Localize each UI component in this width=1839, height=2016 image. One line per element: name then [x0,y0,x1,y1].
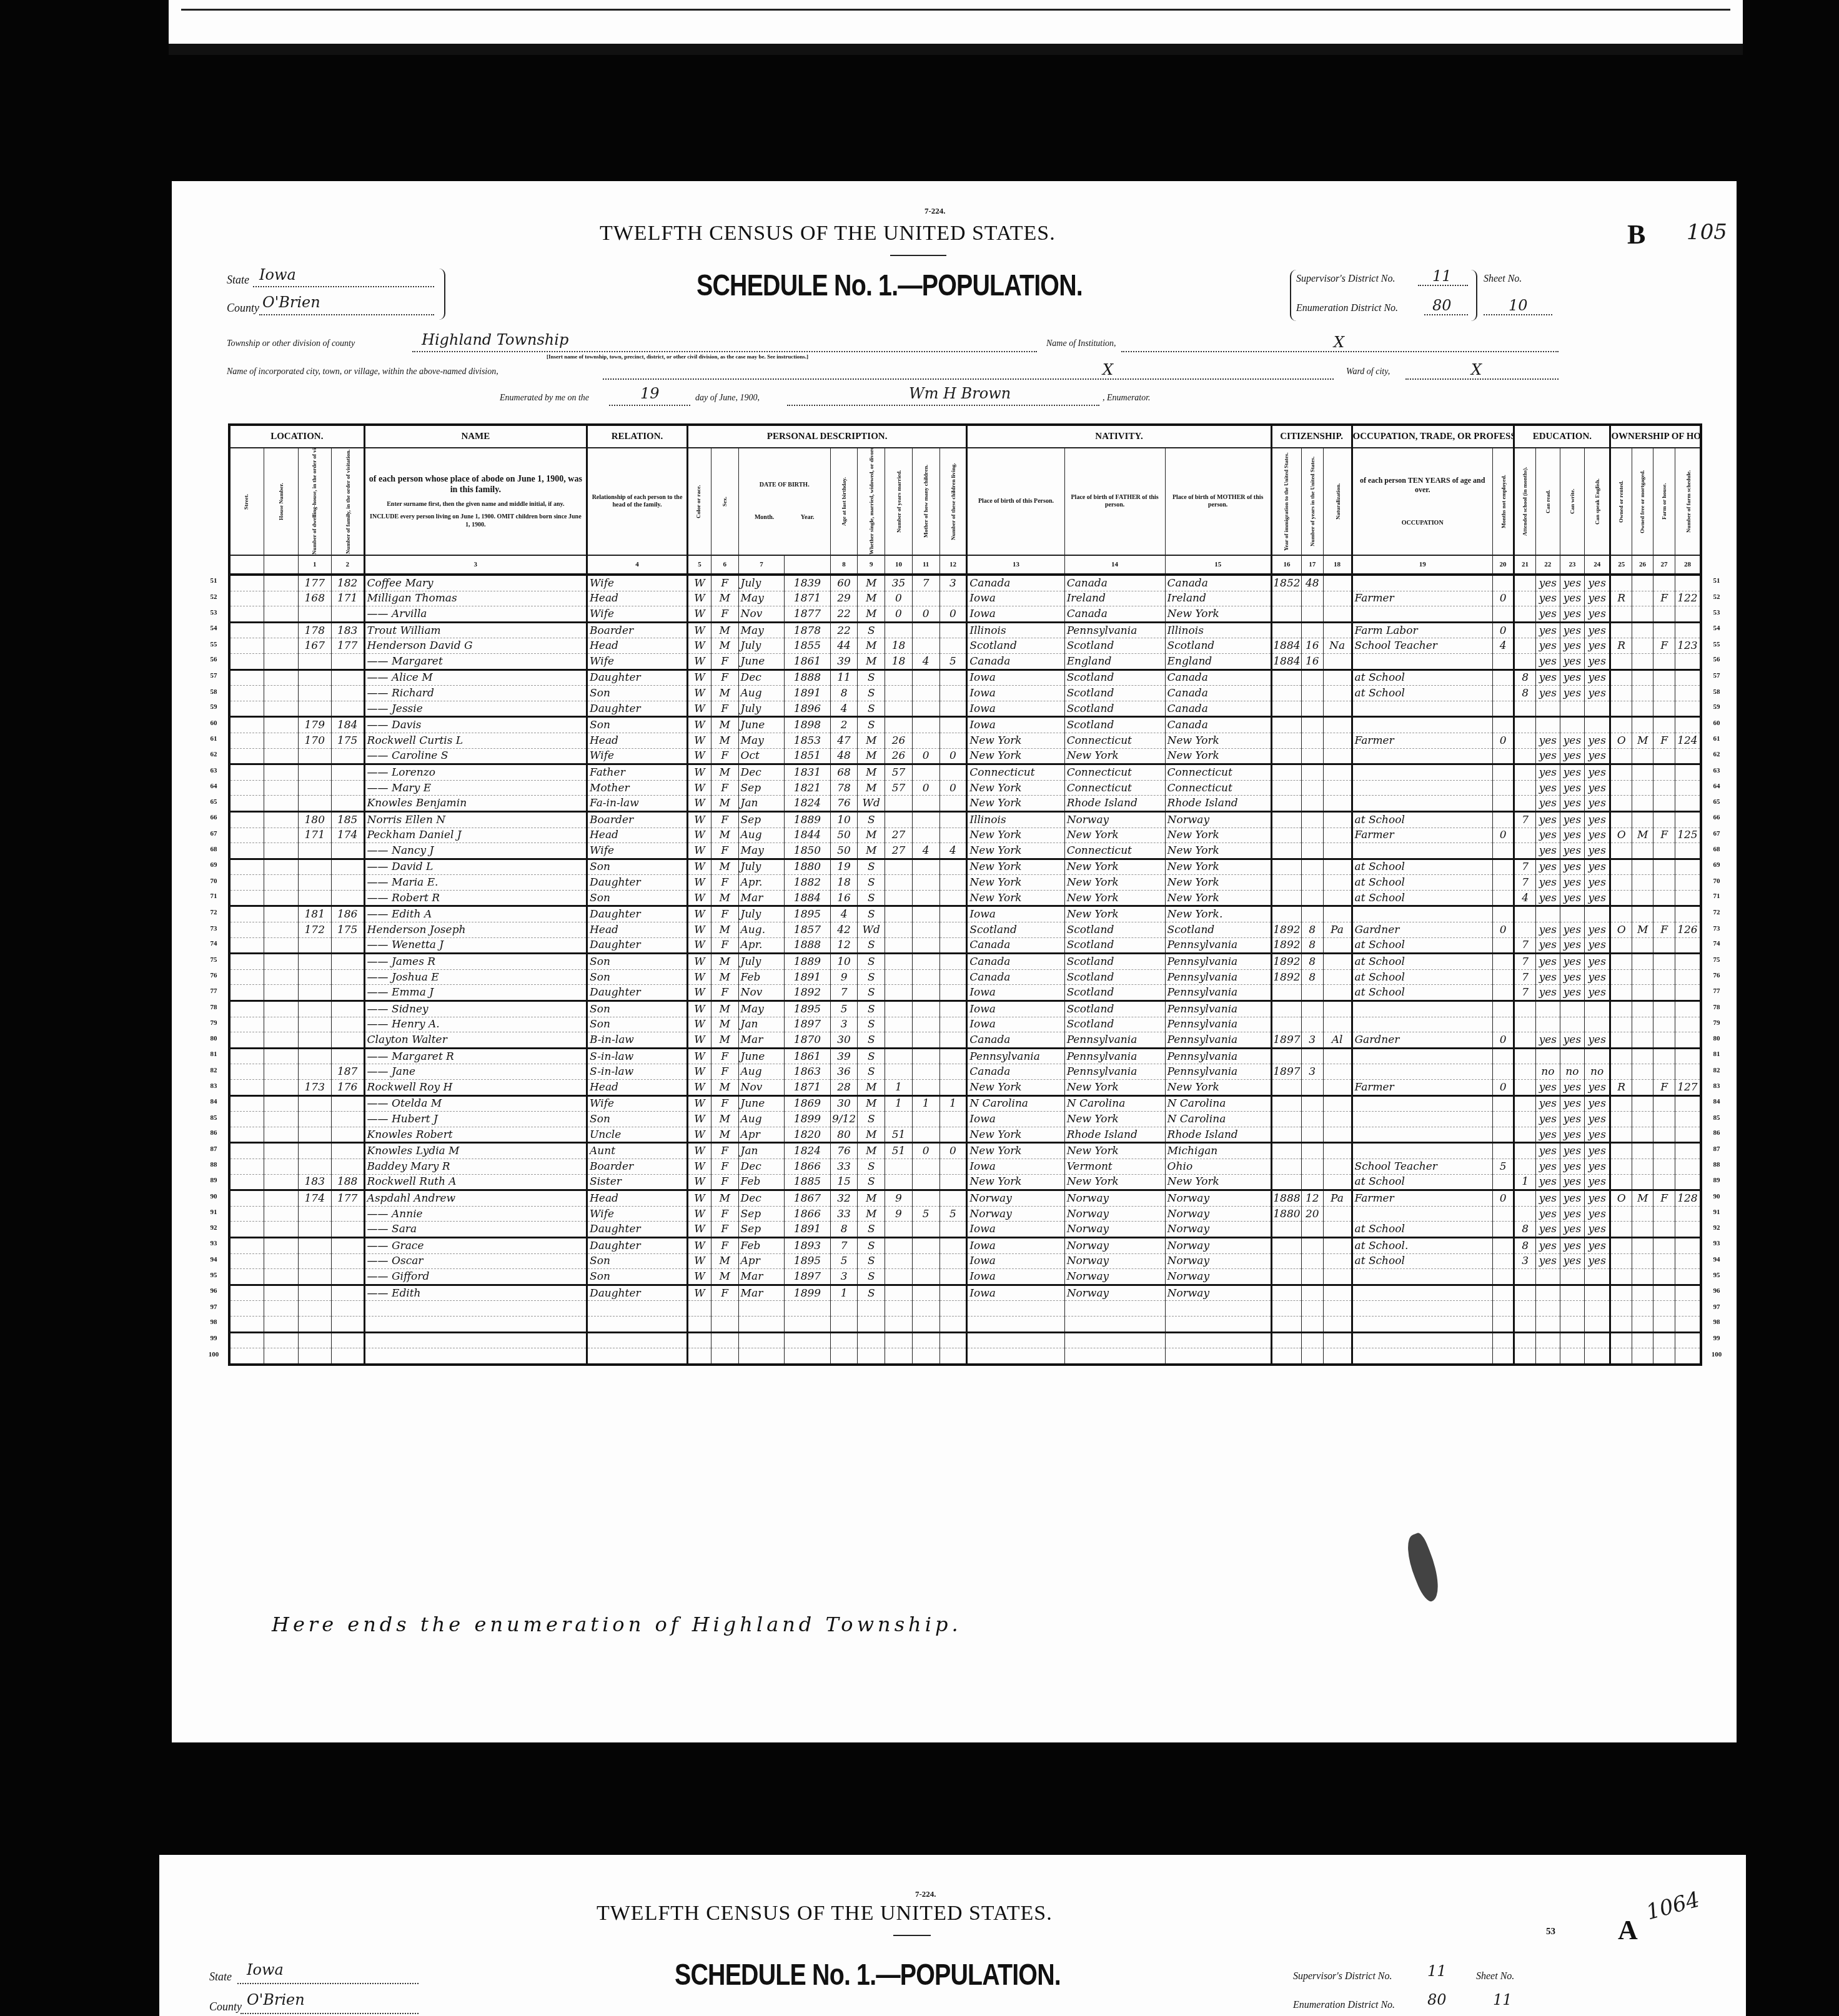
cell-dwelling: 173 [298,1080,331,1096]
cell-write: yes [1560,591,1584,606]
header-free-mortgaged: Owned free or mortgaged. [1632,448,1653,555]
cell-birth: N Carolina [967,1095,1064,1112]
cell-immig [1271,1222,1301,1238]
cell-english: yes [1584,1095,1610,1112]
cell-sex: M [711,622,738,638]
census-row: —— SidneySonWMMay18955SIowaScotlandPenns… [229,1001,1701,1017]
cell-school: 7 [1514,875,1535,891]
column-number: 13 [967,555,1064,575]
cell-sched [1675,937,1701,954]
cell-father: Vermont [1064,1159,1165,1174]
cell-name: Rockwell Roy H [364,1080,587,1096]
cell-write: yes [1560,686,1584,701]
cell-unemp: 0 [1492,733,1514,748]
cell-farm [1653,1048,1675,1064]
cell-occupation: Farmer [1352,1190,1492,1207]
cell-mother: Connecticut [1165,764,1271,781]
cell-relation: Wife [587,1206,688,1222]
cell-dwelling [298,701,331,717]
cell-birth: Iowa [967,670,1064,686]
cell-living [939,1222,967,1238]
cell-read: yes [1535,937,1560,954]
cell-sex: M [711,686,738,701]
cell-occupation [1352,1348,1492,1365]
cell-school: 7 [1514,969,1535,985]
cell-nat [1323,906,1352,922]
cell-sex [711,1301,738,1317]
cell-write: yes [1560,937,1584,954]
cell-year: 1891 [785,686,831,701]
census-row: —— Wenetta JDaughterWFApr.188812SCanadaS… [229,937,1701,954]
cell-sex: F [711,701,738,717]
cell-yrs-married: 27 [885,843,913,859]
cell-relation [587,1348,688,1365]
cell-mother-of [912,638,939,654]
cell-sched: 123 [1675,638,1701,654]
cell-living [939,1064,967,1080]
cell-mother-of [912,717,939,733]
cell-year: 1831 [785,764,831,781]
cell-english: yes [1584,780,1610,796]
cell-birth: New York [967,1080,1064,1096]
cell-birth: Iowa [967,1222,1064,1238]
header-color: Color or race. [687,448,711,555]
cell-yrs-married [885,1174,913,1190]
cell-mother: Rhode Island [1165,1127,1271,1143]
cell-age [830,1332,858,1348]
column-number: 2 [331,555,364,575]
column-number: 14 [1064,555,1165,575]
line-number: 94 [1707,1256,1726,1263]
cell-yrs-us [1302,843,1323,859]
cell-unemp [1492,859,1514,875]
cell-read: yes [1535,890,1560,906]
header-name: NAME [364,425,587,448]
cell-yrs-us [1302,1048,1323,1064]
cell-name: Milligan Thomas [364,591,587,606]
cell-write: no [1560,1064,1584,1080]
cell-dwelling [298,985,331,1001]
cell-year: 1897 [785,1017,831,1032]
cell-write: yes [1560,1253,1584,1269]
cell-yrs-married [885,622,913,638]
cell-name: Baddey Mary R [364,1159,587,1174]
line-number: 95 [1707,1272,1726,1279]
cell-immig [1271,985,1301,1001]
cell-occupation [1352,843,1492,859]
cell-mother-of: 7 [912,575,939,591]
column-number: 3 [364,555,587,575]
cell-name: Knowles Lydia M [364,1143,587,1159]
cell-mother: Pennsylvania [1165,937,1271,954]
cell-birth: Canada [967,969,1064,985]
cell-mother-of: 1 [912,1095,939,1112]
cell-year: 1896 [785,701,831,717]
cell-school [1514,1064,1535,1080]
cell-year: 1899 [785,1112,831,1127]
cell-house [264,811,298,828]
cell-color: W [687,1127,711,1143]
census-sheet-b: 7-224. TWELFTH CENSUS OF THE UNITED STAT… [172,181,1737,1742]
cell-living [939,954,967,970]
cell-unemp [1492,1269,1514,1285]
cell-mother-of [912,954,939,970]
cell-living [939,828,967,843]
cell-dwelling: 172 [298,922,331,938]
cell-birth: Canada [967,937,1064,954]
cell-month: May [738,733,785,748]
county-label: County [227,302,259,315]
cell-father: Rhode Island [1064,796,1165,812]
cell-house [264,890,298,906]
line-number: 56 [204,656,223,663]
cell-mother: New York [1165,606,1271,623]
cell-yrs-us [1302,1001,1323,1017]
cell-free [1632,748,1653,764]
cell-yrs-us: 16 [1302,653,1323,670]
cell-read [1535,1017,1560,1032]
cell-yrs-married [885,985,913,1001]
cell-own [1610,1285,1632,1301]
cell-sched [1675,985,1701,1001]
line-number: 74 [1707,940,1726,947]
cell-age: 33 [830,1206,858,1222]
cell-dwelling [298,890,331,906]
cell-read: yes [1535,922,1560,938]
line-number: 67 [204,830,223,838]
line-number: 85 [1707,1114,1726,1122]
cell-unemp [1492,937,1514,954]
cell-sched [1675,622,1701,638]
cell-dwelling: 183 [298,1174,331,1190]
census-row: —— Hubert JSonWMAug18999/12SIowaNew York… [229,1112,1701,1127]
cell-yrs-married [885,1032,913,1049]
census-row: —— Mary EMotherWFSep182178M5700New YorkC… [229,780,1701,796]
cell-english: yes [1584,875,1610,891]
cell-dwelling [298,937,331,954]
cell-marital: S [858,686,885,701]
cell-marital: M [858,828,885,843]
cell-sex: F [711,670,738,686]
line-number: 83 [1707,1082,1726,1090]
cell-nat [1323,653,1352,670]
line-number: 97 [204,1303,223,1311]
cell-name: Trout William [364,622,587,638]
cell-family [331,701,364,717]
census-row: Baddey Mary RBoarderWFDec186633SIowaVerm… [229,1159,1701,1174]
cell-family [331,954,364,970]
cell-write: yes [1560,828,1584,843]
cell-relation: Son [587,717,688,733]
cell-read [1535,1048,1560,1064]
cell-name: —— Jane [364,1064,587,1080]
cell-dwelling: 167 [298,638,331,654]
cell-read: yes [1535,1032,1560,1049]
cell-mother-of [912,1048,939,1064]
cell-nat [1323,811,1352,828]
cell-sex: F [711,606,738,623]
cell-sex: F [711,748,738,764]
cell-sex [711,1348,738,1365]
cell-street [229,922,264,938]
header-dwelling-no: Number of dwelling-house, in the order o… [298,448,331,555]
cell-mother: Pennsylvania [1165,1017,1271,1032]
cell-yrs-us [1302,606,1323,623]
cell-month: Jan [738,1017,785,1032]
cell-family [331,985,364,1001]
cell-unemp [1492,1348,1514,1365]
cell-marital [858,1332,885,1348]
cell-color: W [687,985,711,1001]
cell-farm: F [1653,733,1675,748]
line-number: 98 [1707,1318,1726,1326]
census-row: —— EdithDaughterWFMar18991SIowaNorwayNor… [229,1285,1701,1301]
cell-school [1514,733,1535,748]
cell-mother: Norway [1165,1237,1271,1253]
cell-father: Norway [1064,1206,1165,1222]
cell-immig [1271,811,1301,828]
cell-mother-of [912,733,939,748]
census-row: 170175Rockwell Curtis LHeadWMMay185347M2… [229,733,1701,748]
cell-month: Jan [738,796,785,812]
cell-relation: Head [587,828,688,843]
cell-name: —— Arvilla [364,606,587,623]
cell-living: 1 [939,1095,967,1112]
cell-street [229,1301,264,1317]
cell-own [1610,575,1632,591]
line-number: 51 [204,577,223,585]
cell-farm [1653,1127,1675,1143]
cell-yrs-married: 18 [885,653,913,670]
cell-school [1514,1127,1535,1143]
cell-month: Mar [738,1285,785,1301]
cell-school: 7 [1514,859,1535,875]
cell-dwelling [298,1112,331,1127]
cell-name: —— Margaret R [364,1048,587,1064]
cell-living [939,1348,967,1365]
cell-mother-of [912,686,939,701]
cell-yrs-us [1302,1095,1323,1112]
cell-write: yes [1560,1095,1584,1112]
cell-nat [1323,1269,1352,1285]
cell-living [939,717,967,733]
line-number: 60 [204,719,223,727]
cell-street [229,969,264,985]
cell-mother: Pennsylvania [1165,985,1271,1001]
cell-color: W [687,686,711,701]
census-row: —— Margaret RS-in-lawWFJune186139SPennsy… [229,1048,1701,1064]
cell-sex: M [711,969,738,985]
cell-marital: S [858,701,885,717]
cell-family: 186 [331,906,364,922]
cell-mother-of [912,670,939,686]
cell-living [939,859,967,875]
cell-free [1632,1174,1653,1190]
cell-read: yes [1535,969,1560,985]
cell-own [1610,748,1632,764]
cell-color: W [687,843,711,859]
cell-living [939,701,967,717]
cell-age: 47 [830,733,858,748]
cell-yrs-married: 26 [885,733,913,748]
cell-farm [1653,1001,1675,1017]
cell-free [1632,622,1653,638]
cell-color: W [687,1174,711,1190]
cell-school [1514,828,1535,843]
header-name-sub: of each person whose place of abode on J… [364,448,587,555]
cell-farm [1653,890,1675,906]
census-row: —— Nancy JWifeWFMay185050M2744New YorkCo… [229,843,1701,859]
cell-unemp [1492,1174,1514,1190]
cell-english [1584,1048,1610,1064]
cell-sex: M [711,591,738,606]
cell-mother: Ireland [1165,591,1271,606]
cell-color: W [687,828,711,843]
cell-marital: S [858,670,885,686]
cell-sex: F [711,1237,738,1253]
cell-farm [1653,1112,1675,1127]
cell-family [331,764,364,781]
column-number: 6 [711,555,738,575]
cell-farm [1653,780,1675,796]
cell-unemp [1492,606,1514,623]
cell-father: Connecticut [1064,780,1165,796]
cell-birth: New York [967,875,1064,891]
cell-month: Nov [738,985,785,1001]
line-number: 71 [1707,892,1726,900]
cell-street [229,875,264,891]
cell-color: W [687,969,711,985]
cell-english: yes [1584,859,1610,875]
cell-read: yes [1535,1095,1560,1112]
cell-farm [1653,575,1675,591]
cell-free [1632,1080,1653,1096]
cell-family [331,1127,364,1143]
cell-read: yes [1535,733,1560,748]
column-number: 1 [298,555,331,575]
cell-month: Apr [738,1253,785,1269]
cell-occupation: Farm Labor [1352,622,1492,638]
cell-month: May [738,591,785,606]
cell-free [1632,1316,1653,1332]
line-number: 92 [1707,1224,1726,1232]
cell-month: May [738,622,785,638]
cell-marital: S [858,1174,885,1190]
cell-own [1610,1017,1632,1032]
column-number: 25 [1610,555,1632,575]
cell-own [1610,843,1632,859]
cell-yrs-married [885,1348,913,1365]
cell-sex [711,1316,738,1332]
cell-living: 0 [939,606,967,623]
cell-unemp: 0 [1492,622,1514,638]
cell-birth: New York [967,859,1064,875]
cell-free [1632,1001,1653,1017]
cell-english: yes [1584,811,1610,828]
enumerator-name: Wm H Brown [909,385,1011,402]
cell-free [1632,1048,1653,1064]
line-number: 83 [204,1082,223,1090]
cell-dwelling: 171 [298,828,331,843]
cell-month: July [738,859,785,875]
cell-street [229,1017,264,1032]
cell-marital [858,1348,885,1365]
cell-father: New York [1064,875,1165,891]
line-number: 66 [1707,814,1726,821]
cell-yrs-us [1302,890,1323,906]
cell-own [1610,954,1632,970]
cell-living [939,937,967,954]
cell-color: W [687,1285,711,1301]
cell-free [1632,1222,1653,1238]
cell-free [1632,606,1653,623]
cell-sched [1675,1206,1701,1222]
cell-month: Aug [738,828,785,843]
cell-mother [1165,1332,1271,1348]
header-can-read: Can read. [1535,448,1560,555]
cell-family [331,1017,364,1032]
cell-yrs-married [885,890,913,906]
header-relation: RELATION. [587,425,688,448]
header-personal: PERSONAL DESCRIPTION. [687,425,966,448]
cell-own [1610,1301,1632,1317]
cell-street [229,717,264,733]
cell-color: W [687,764,711,781]
cell-color: W [687,1032,711,1049]
cell-immig [1271,828,1301,843]
cell-age [830,1301,858,1317]
cell-father: Connecticut [1064,843,1165,859]
cell-house [264,653,298,670]
cell-year: 1889 [785,954,831,970]
census-row: 168171Milligan ThomasHeadWMMay187129M0Io… [229,591,1701,606]
cell-unemp: 0 [1492,1080,1514,1096]
cell-family [331,1269,364,1285]
cell-birth: Canada [967,1064,1064,1080]
cell-marital: M [858,780,885,796]
cell-school: 8 [1514,1237,1535,1253]
cell-occupation [1352,717,1492,733]
cell-year: 1824 [785,796,831,812]
cell-english [1584,717,1610,733]
cell-house [264,859,298,875]
header-house-number: House Number. [264,448,298,555]
cell-relation: Wife [587,575,688,591]
cell-street [229,1285,264,1301]
cell-unemp [1492,1112,1514,1127]
census-sheet-a: 7-224. TWELFTH CENSUS OF THE UNITED STAT… [159,1855,1746,2016]
cell-street [229,796,264,812]
cell-mother: N Carolina [1165,1095,1271,1112]
cell-nat [1323,985,1352,1001]
cell-age: 4 [830,701,858,717]
cell-free [1632,1064,1653,1080]
cell-free [1632,906,1653,922]
state-label: State [227,274,249,287]
column-number [785,555,831,575]
cell-year: 1821 [785,780,831,796]
cell-unemp [1492,748,1514,764]
cell-father: Scotland [1064,937,1165,954]
cell-unemp [1492,985,1514,1001]
line-number: 73 [204,925,223,932]
cell-house [264,1017,298,1032]
cell-read: no [1535,1064,1560,1080]
cell-year: 1895 [785,1001,831,1017]
cell-father: New York [1064,1174,1165,1190]
cell-english: yes [1584,1080,1610,1096]
cell-mother: N Carolina [1165,1112,1271,1127]
